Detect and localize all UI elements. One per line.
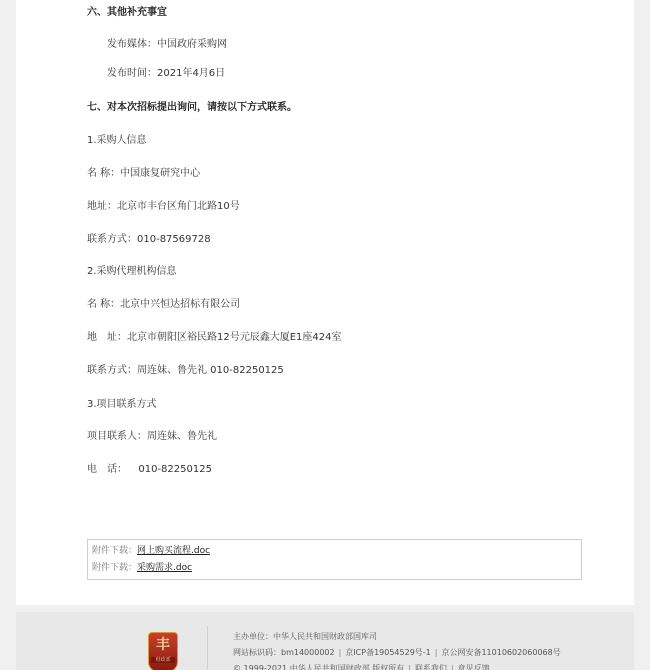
separator: | <box>408 664 411 670</box>
attachment-label: 附件下载： <box>92 563 137 573</box>
feedback-link[interactable]: 意见反馈 <box>458 664 490 670</box>
police-record-link[interactable]: 京公网安备11010602060068号 <box>441 648 560 657</box>
emblem-glyph: 丰 <box>149 637 177 653</box>
project-heading: 3.项目联系方式 <box>87 398 157 412</box>
icp-link[interactable]: 京ICP备19054529号-1 <box>345 648 430 657</box>
attachment-link-purchase-process[interactable]: 网上购买流程.doc <box>137 546 210 556</box>
emblem-text: 财政部 <box>151 657 175 663</box>
purchaser-contact: 联系方式：010-87569728 <box>87 233 211 247</box>
purchaser-address: 地址：北京市丰台区角门北路10号 <box>87 200 240 214</box>
footer-registration: 网站标识码：bm14000002|京ICP备19054529号-1|京公网安备1… <box>233 647 561 658</box>
publish-media: 发布媒体：中国政府采购网 <box>107 38 227 52</box>
site-id: 网站标识码：bm14000002 <box>233 648 335 657</box>
attachment-link-requirements[interactable]: 采购需求.doc <box>137 563 192 573</box>
attachment-label: 附件下载： <box>92 546 137 556</box>
project-contact-person: 项目联系人：周连妹、鲁先礼 <box>87 430 217 444</box>
attachment-item: 附件下载：采购需求.doc <box>92 562 192 574</box>
ministry-emblem-icon: 丰 财政部 <box>148 632 178 670</box>
copyright-text: © 1999-2021 中华人民共和国财政部 版权所有 <box>233 664 404 670</box>
publish-time: 发布时间：2021年4月6日 <box>107 67 225 81</box>
attachment-item: 附件下载：网上购买流程.doc <box>92 545 210 557</box>
contact-us-link[interactable]: 联系我们 <box>415 664 447 670</box>
footer-divider <box>207 626 208 670</box>
footer-copyright: © 1999-2021 中华人民共和国财政部 版权所有|联系我们|意见反馈 <box>233 663 490 670</box>
separator: | <box>339 648 342 657</box>
section6-heading: 六、其他补充事宜 <box>87 6 167 20</box>
section7-heading: 七、对本次招标提出询问，请按以下方式联系。 <box>87 101 297 115</box>
project-phone: 电 话： 010-82250125 <box>87 463 212 477</box>
separator: | <box>451 664 454 670</box>
footer-sponsor: 主办单位：中华人民共和国财政部国库司 <box>233 631 377 642</box>
purchaser-name: 名 称：中国康复研究中心 <box>87 167 200 181</box>
agency-name: 名 称：北京中兴恒达招标有限公司 <box>87 298 240 312</box>
attachments-box: 附件下载：网上购买流程.doc 附件下载：采购需求.doc <box>87 539 582 580</box>
agency-address: 地 址：北京市朝阳区裕民路12号元辰鑫大厦E1座424室 <box>87 331 342 345</box>
agency-heading: 2.采购代理机构信息 <box>87 265 177 279</box>
agency-contact: 联系方式：周连妹、鲁先礼 010-82250125 <box>87 364 284 378</box>
purchaser-heading: 1.采购人信息 <box>87 134 147 148</box>
site-footer: 丰 财政部 主办单位：中华人民共和国财政部国库司 网站标识码：bm1400000… <box>16 612 634 670</box>
separator: | <box>435 648 438 657</box>
